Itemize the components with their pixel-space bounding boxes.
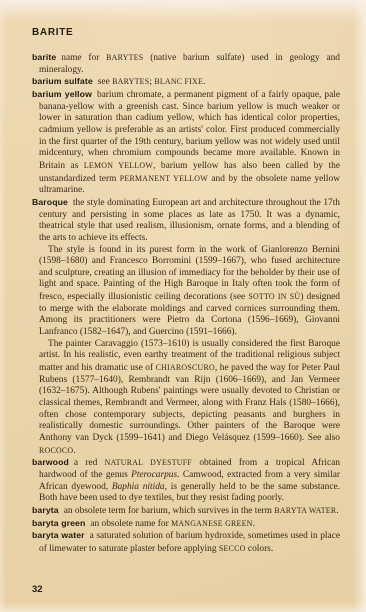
entry-term: baryta green bbox=[32, 518, 85, 528]
small-caps-crossref: SECCO bbox=[219, 544, 246, 553]
entry-lead-paragraph: barytaan obsolete term for barium, which… bbox=[39, 505, 340, 518]
entry-lead-paragraph: barium yellowbarium chromate, a permanen… bbox=[39, 89, 340, 197]
small-caps-crossref: NATURAL DYESTUFF bbox=[105, 458, 192, 467]
small-caps-crossref: BARYTES bbox=[106, 53, 143, 62]
dictionary-entry: baritename for BARYTES (native barium su… bbox=[32, 52, 340, 76]
dictionary-entry: barium sulfatesee BARYTES; BLANC FIXE. bbox=[32, 76, 340, 89]
entry-lead-paragraph: baryta watera saturated solution of bari… bbox=[39, 530, 340, 555]
small-caps-crossref: BARYTA WATER bbox=[274, 506, 336, 515]
entry-term: barium sulfate bbox=[32, 76, 93, 86]
small-caps-crossref: CHIAROSCURO bbox=[156, 363, 215, 372]
entry-term: Baroque bbox=[32, 197, 68, 207]
dictionary-entry: barium yellowbarium chromate, a permanen… bbox=[32, 89, 340, 197]
page-content: BARITE baritename for BARYTES (native ba… bbox=[32, 27, 340, 556]
entry-term: baryta bbox=[32, 505, 59, 515]
small-caps-crossref: PERMANENT YELLOW bbox=[120, 174, 208, 183]
entry-lead-paragraph: Baroquethe style dominating European art… bbox=[39, 197, 340, 245]
small-caps-crossref: BLANC FIXE bbox=[154, 77, 203, 86]
dictionary-entry: baryta watera saturated solution of bari… bbox=[32, 530, 340, 555]
entry-lead-paragraph: barium sulfatesee BARYTES; BLANC FIXE. bbox=[39, 76, 340, 89]
entry-term: barium yellow bbox=[32, 89, 92, 99]
small-caps-crossref: LEMON YELLOW bbox=[84, 161, 153, 170]
entry-lead-paragraph: barwooda red NATURAL DYESTUFF obtained f… bbox=[39, 457, 340, 505]
small-caps-crossref: SOTTO IN SÙ bbox=[248, 292, 300, 301]
italic-text: Baphia nitida bbox=[112, 482, 165, 492]
entry-lead-paragraph: baryta greenan obsolete name for MANGANE… bbox=[39, 518, 340, 531]
dictionary-entry: baryta greenan obsolete name for MANGANE… bbox=[32, 518, 340, 531]
running-head: BARITE bbox=[32, 27, 340, 38]
entry-lead-paragraph: baritename for BARYTES (native barium su… bbox=[39, 52, 340, 76]
italic-text: Pterocarpus bbox=[131, 470, 177, 480]
page-edge-left bbox=[0, 0, 6, 612]
book-page: BARITE baritename for BARYTES (native ba… bbox=[0, 0, 366, 612]
entry-term: barite bbox=[32, 52, 56, 62]
entry-term: baryta water bbox=[32, 530, 85, 540]
entry-paragraph: The style is found in its purest form in… bbox=[39, 245, 340, 339]
page-edge-right bbox=[353, 0, 366, 612]
page-number: 32 bbox=[32, 584, 43, 595]
page-edge-bottom bbox=[0, 602, 366, 612]
dictionary-entry: barwooda red NATURAL DYESTUFF obtained f… bbox=[32, 457, 340, 505]
entry-term: barwood bbox=[32, 457, 69, 467]
entries: baritename for BARYTES (native barium su… bbox=[32, 52, 340, 556]
dictionary-entry: barytaan obsolete term for barium, which… bbox=[32, 505, 340, 518]
small-caps-crossref: MANGANESE GREEN bbox=[171, 519, 253, 528]
small-caps-crossref: BARYTES bbox=[112, 77, 149, 86]
page-edge-top bbox=[0, 0, 366, 22]
dictionary-entry: Baroquethe style dominating European art… bbox=[32, 197, 340, 457]
entry-paragraph: The painter Caravaggio (1573–1610) is us… bbox=[39, 339, 340, 458]
small-caps-crossref: ROCOCO bbox=[39, 446, 73, 455]
